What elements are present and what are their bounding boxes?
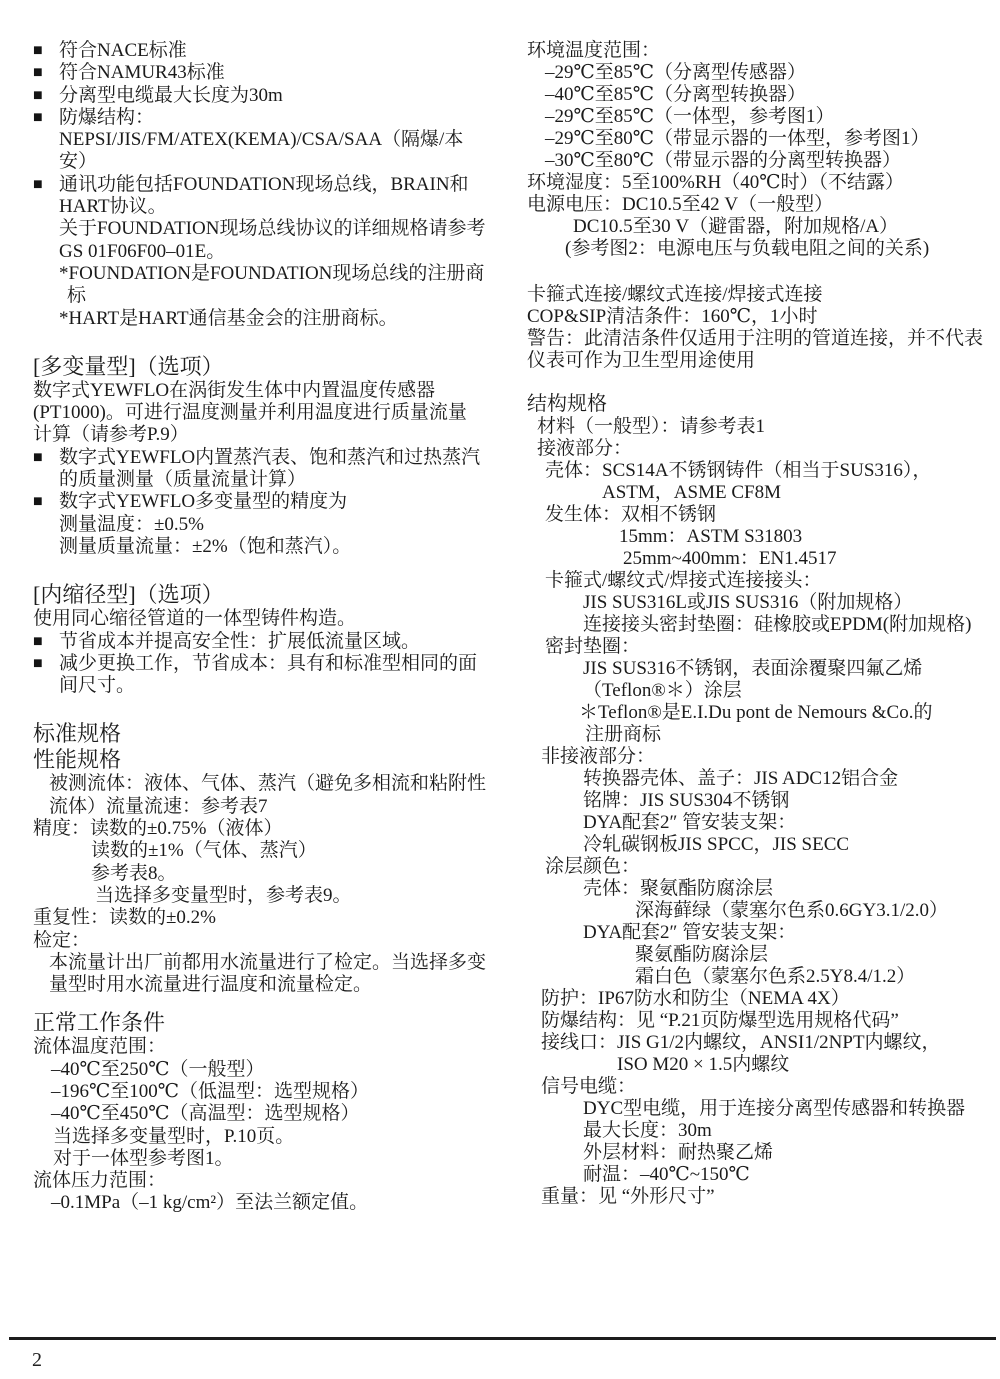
- left-column: ■符合NACE标准■符合NAMUR43标准■分离型电缆最大长度为30m■防爆结构…: [33, 40, 503, 1215]
- text-line: 流体）流量流速：参考表7: [33, 796, 503, 818]
- text-line: 量型时用水流量进行温度和流量检定。: [33, 974, 503, 996]
- text-content: 密封垫圈：: [545, 636, 640, 657]
- text-content: –196℃至100℃（低温型：选型规格）: [51, 1081, 369, 1102]
- text-content: 符合NACE标准: [59, 40, 187, 61]
- text-line: ASTM，ASME CF8M: [527, 482, 997, 504]
- text-line: 的质量测量（质量流量计算）: [33, 469, 503, 491]
- text-content: –40℃至450℃（高温型：选型规格）: [51, 1103, 360, 1124]
- text-content: 流体）流量流速：参考表7: [49, 796, 268, 817]
- text-content: 环境温度范围：: [527, 40, 660, 61]
- text-line: 安）: [33, 151, 503, 173]
- text-line: ■减少更换工作，节省成本：具有和标准型相同的面: [33, 653, 503, 675]
- text-content: ISO M20 × 1.5内螺纹: [617, 1054, 789, 1075]
- footer-rule: [9, 1337, 996, 1340]
- text-line: 发生体：双相不锈钢: [527, 504, 997, 526]
- text-line: 被测流体：液体、气体、蒸汽（避免多相流和粘附性: [33, 773, 503, 795]
- text-line: 精度：读数的±0.75%（液体）: [33, 818, 503, 840]
- text-content: 测量质量流量：±2%（饱和蒸汽）。: [59, 536, 351, 557]
- text-line: *FOUNDATION是FOUNDATION现场总线的注册商: [33, 263, 503, 285]
- text-content: (PT1000)。可进行温度测量并利用温度进行质量流量: [33, 402, 467, 423]
- section-heading: [内缩径型]（选项）: [33, 582, 503, 608]
- text-line: 重复性：读数的±0.2%: [33, 907, 503, 929]
- text-line: 25mm~400mm：EN1.4517: [527, 548, 997, 570]
- text-content: 数字式YEWFLO内置蒸汽表、饱和蒸汽和过热蒸汽: [59, 447, 480, 468]
- text-line: 电源电压：DC10.5至42 V（一般型）: [527, 194, 997, 216]
- bullet-square-icon: ■: [33, 447, 59, 469]
- text-content: 对于一体型参考图1。: [53, 1148, 234, 1169]
- text-line: 重量：见 “外形尺寸”: [527, 1186, 997, 1208]
- text-content: 仪表可作为卫生型用途使用: [527, 350, 755, 371]
- text-content: GS 01F06F00–01E。: [59, 241, 225, 262]
- text-content: *HART是HART通信基金会的注册商标。: [59, 308, 398, 329]
- text-line: 防护：IP67防水和防尘（NEMA 4X）: [527, 988, 997, 1010]
- text-content: 壳体：聚氨酯防腐涂层: [583, 878, 773, 899]
- text-content: 当选择多变量型时，参考表9。: [95, 885, 352, 906]
- text-line: 霜白色（蒙塞尔色系2.5Y8.4/1.2）: [527, 966, 997, 988]
- text-content: *FOUNDATION是FOUNDATION现场总线的注册商: [59, 263, 484, 284]
- bullet-square-icon: ■: [33, 85, 59, 107]
- text-content: COP&SIP清洁条件：160℃，1小时: [527, 306, 817, 327]
- text-content: –40℃至250℃（一般型）: [51, 1059, 265, 1080]
- text-line: 壳体：聚氨酯防腐涂层: [527, 878, 997, 900]
- text-content: 本流量计出厂前都用水流量进行了检定。当选择多变: [49, 952, 486, 973]
- text-content: 防爆结构：见 “P.21页防爆型选用规格代码”: [541, 1010, 899, 1031]
- text-line: –30℃至80℃（带显示器的分离型转换器）: [527, 150, 997, 172]
- text-line: DYC型电缆，用于连接分离型传感器和转换器: [527, 1098, 997, 1120]
- text-line: 使用同心缩径管道的一体型铸件构造。: [33, 608, 503, 630]
- section-heading: 结构规格: [527, 392, 997, 416]
- text-content: 参考表8。: [91, 863, 177, 884]
- text-line: –40℃至250℃（一般型）: [33, 1059, 503, 1081]
- text-content: 通讯功能包括FOUNDATION现场总线，BRAIN和: [59, 174, 469, 195]
- text-line: 仪表可作为卫生型用途使用: [527, 350, 997, 372]
- text-content: 非接液部分：: [541, 746, 655, 767]
- text-content: 重量：见 “外形尺寸”: [541, 1186, 715, 1207]
- text-content: 精度：读数的±0.75%（液体）: [33, 818, 283, 839]
- text-line: 流体压力范围：: [33, 1170, 503, 1192]
- text-content: 冷轧碳钢板JIS SPCC，JIS SECC: [583, 834, 849, 855]
- text-content: JIS SUS316不锈钢，表面涂覆聚四氟乙烯: [583, 658, 922, 679]
- text-line: COP&SIP清洁条件：160℃，1小时: [527, 306, 997, 328]
- bullet-square-icon: ■: [33, 653, 59, 675]
- bullet-square-icon: ■: [33, 491, 59, 513]
- text-content: 聚氨酯防腐涂层: [635, 944, 768, 965]
- text-line: ＊Teflon®是E.I.Du pont de Nemours &Co.的: [527, 702, 997, 724]
- text-content: 性能规格: [33, 747, 121, 772]
- text-content: 耐温：–40℃~150℃: [583, 1164, 750, 1185]
- text-content: 连接接头密封垫圈：硅橡胶或EPDM(附加规格): [583, 614, 971, 635]
- text-line: 环境湿度：5至100%RH（40℃时）（不结露）: [527, 172, 997, 194]
- text-content: 关于FOUNDATION现场总线协议的详细规格请参考: [59, 218, 485, 239]
- text-content: 铭牌：JIS SUS304不锈钢: [583, 790, 789, 811]
- text-content: –29℃至85℃（一体型，参考图1）: [545, 106, 835, 127]
- text-line: 对于一体型参考图1。: [33, 1148, 503, 1170]
- text-content: 壳体：SCS14A不锈钢铸件（相当于SUS316），: [545, 460, 931, 481]
- text-line: 注册商标: [527, 724, 997, 746]
- text-content: 流体温度范围：: [33, 1036, 166, 1057]
- section-heading: [多变量型]（选项）: [33, 354, 503, 380]
- text-line: 转换器壳体、盖子：JIS ADC12铝合金: [527, 768, 997, 790]
- text-line: 信号电缆：: [527, 1076, 997, 1098]
- text-line: (参考图2：电源电压与负载电阻之间的关系): [527, 238, 997, 260]
- section-heading: 标准规格: [33, 721, 503, 747]
- text-content: 霜白色（蒙塞尔色系2.5Y8.4/1.2）: [635, 966, 915, 987]
- text-content: ASTM，ASME CF8M: [602, 482, 781, 503]
- text-line: ■数字式YEWFLO多变量型的精度为: [33, 491, 503, 513]
- text-content: 卡箍式/螺纹式/焊接式连接接头：: [545, 570, 822, 591]
- text-content: NEPSI/JIS/FM/ATEX(KEMA)/CSA/SAA（隔爆/本: [59, 129, 463, 150]
- text-line: ■节省成本并提高安全性：扩展低流量区域。: [33, 631, 503, 653]
- text-line: GS 01F06F00–01E。: [33, 241, 503, 263]
- text-content: 使用同心缩径管道的一体型铸件构造。: [33, 608, 356, 629]
- text-content: 25mm~400mm：EN1.4517: [623, 548, 836, 569]
- text-content: 标准规格: [33, 721, 121, 746]
- text-line: 接液部分：: [527, 438, 997, 460]
- text-line: 卡箍式连接/螺纹式连接/焊接式连接: [527, 284, 997, 306]
- text-content: 深海藓绿（蒙塞尔色系0.6GY3.1/2.0）: [635, 900, 948, 921]
- section-heading: 性能规格: [33, 747, 503, 773]
- text-content: 发生体：双相不锈钢: [545, 504, 716, 525]
- text-content: 正常工作条件: [33, 1010, 165, 1035]
- text-content: 测量温度：±0.5%: [59, 514, 204, 535]
- text-content: ＊Teflon®是E.I.Du pont de Nemours &Co.的: [579, 702, 932, 723]
- text-line: 最大长度：30m: [527, 1120, 997, 1142]
- bullet-square-icon: ■: [33, 174, 59, 196]
- text-line: HART协议。: [33, 196, 503, 218]
- text-content: [内缩径型]（选项）: [33, 582, 224, 607]
- text-line: 耐温：–40℃~150℃: [527, 1164, 997, 1186]
- text-content: 安）: [59, 151, 97, 172]
- text-content: 电源电压：DC10.5至42 V（一般型）: [527, 194, 833, 215]
- text-line: 冷轧碳钢板JIS SPCC，JIS SECC: [527, 834, 997, 856]
- text-line: 当选择多变量型时，参考表9。: [33, 885, 503, 907]
- text-line: 检定：: [33, 930, 503, 952]
- text-line: 计算（请参考P.9）: [33, 424, 503, 446]
- text-line: 警告：此清洁条件仅适用于注明的管道连接，并不代表: [527, 328, 997, 350]
- text-content: [多变量型]（选项）: [33, 354, 224, 379]
- text-line: 间尺寸。: [33, 675, 503, 697]
- spacer: [33, 697, 503, 721]
- spacer: [527, 372, 997, 392]
- text-content: 的质量测量（质量流量计算）: [59, 469, 306, 490]
- text-content: 环境湿度：5至100%RH（40℃时）（不结露）: [527, 172, 904, 193]
- spacer: [33, 996, 503, 1010]
- text-line: 15mm：ASTM S31803: [527, 526, 997, 548]
- text-line: ■防爆结构：: [33, 107, 503, 129]
- text-line: （Teflon®＊）涂层: [527, 680, 997, 702]
- bullet-square-icon: ■: [33, 107, 59, 129]
- text-content: 重复性：读数的±0.2%: [33, 907, 216, 928]
- text-line: –40℃至85℃（分离型转换器）: [527, 84, 997, 106]
- text-content: 最大长度：30m: [583, 1120, 712, 1141]
- text-content: DC10.5至30 V（避雷器，附加规格/A）: [573, 216, 898, 237]
- page-number: 2: [32, 1349, 42, 1372]
- text-content: 读数的±1%（气体、蒸汽）: [91, 840, 317, 861]
- text-line: 卡箍式/螺纹式/焊接式连接接头：: [527, 570, 997, 592]
- text-content: 接液部分：: [537, 438, 632, 459]
- text-content: 标: [67, 285, 86, 306]
- text-content: 量型时用水流量进行温度和流量检定。: [49, 974, 372, 995]
- text-content: 材料（一般型）：请参考表1: [537, 416, 765, 437]
- text-content: –40℃至85℃（分离型转换器）: [545, 84, 806, 105]
- text-line: 连接接头密封垫圈：硅橡胶或EPDM(附加规格): [527, 614, 997, 636]
- text-content: –30℃至80℃（带显示器的分离型转换器）: [545, 150, 901, 171]
- text-line: 铭牌：JIS SUS304不锈钢: [527, 790, 997, 812]
- text-line: –29℃至85℃（一体型，参考图1）: [527, 106, 997, 128]
- text-content: 转换器壳体、盖子：JIS ADC12铝合金: [583, 768, 898, 789]
- text-content: JIS SUS316L或JIS SUS316（附加规格）: [583, 592, 912, 613]
- text-content: 15mm：ASTM S31803: [619, 526, 802, 547]
- text-content: （Teflon®＊）涂层: [583, 680, 742, 701]
- text-line: 材料（一般型）：请参考表1: [527, 416, 997, 438]
- text-line: DC10.5至30 V（避雷器，附加规格/A）: [527, 216, 997, 238]
- text-line: 深海藓绿（蒙塞尔色系0.6GY3.1/2.0）: [527, 900, 997, 922]
- text-line: JIS SUS316不锈钢，表面涂覆聚四氟乙烯: [527, 658, 997, 680]
- text-line: 参考表8。: [33, 863, 503, 885]
- datasheet-page: ■符合NACE标准■符合NAMUR43标准■分离型电缆最大长度为30m■防爆结构…: [0, 0, 1000, 1379]
- text-line: 标: [33, 285, 503, 307]
- text-content: 注册商标: [585, 724, 661, 745]
- text-content: 接线口：JIS G1/2内螺纹，ANSI1/2NPT内螺纹，: [541, 1032, 941, 1053]
- bullet-square-icon: ■: [33, 62, 59, 84]
- text-line: 读数的±1%（气体、蒸汽）: [33, 840, 503, 862]
- text-content: –0.1MPa（–1 kg/cm²）至法兰额定值。: [51, 1192, 368, 1213]
- text-content: 当选择多变量型时，P.10页。: [53, 1126, 294, 1147]
- text-content: 减少更换工作，节省成本：具有和标准型相同的面: [59, 653, 477, 674]
- text-content: 卡箍式连接/螺纹式连接/焊接式连接: [527, 284, 823, 305]
- text-content: 检定：: [33, 930, 90, 951]
- text-line: JIS SUS316L或JIS SUS316（附加规格）: [527, 592, 997, 614]
- text-line: 非接液部分：: [527, 746, 997, 768]
- text-line: 测量质量流量：±2%（饱和蒸汽）。: [33, 536, 503, 558]
- text-line: 防爆结构：见 “P.21页防爆型选用规格代码”: [527, 1010, 997, 1032]
- spacer: [33, 558, 503, 582]
- text-line: 接线口：JIS G1/2内螺纹，ANSI1/2NPT内螺纹，: [527, 1032, 997, 1054]
- text-content: 计算（请参考P.9）: [33, 424, 189, 445]
- text-line: 当选择多变量型时，P.10页。: [33, 1126, 503, 1148]
- text-line: –0.1MPa（–1 kg/cm²）至法兰额定值。: [33, 1192, 503, 1214]
- text-line: 本流量计出厂前都用水流量进行了检定。当选择多变: [33, 952, 503, 974]
- text-content: DYC型电缆，用于连接分离型传感器和转换器: [583, 1098, 965, 1119]
- text-content: –29℃至80℃（带显示器的一体型，参考图1）: [545, 128, 930, 149]
- text-content: 结构规格: [527, 393, 607, 415]
- bullet-square-icon: ■: [33, 40, 59, 62]
- text-line: 外层材料：耐热聚乙烯: [527, 1142, 997, 1164]
- text-line: 壳体：SCS14A不锈钢铸件（相当于SUS316），: [527, 460, 997, 482]
- text-line: 环境温度范围：: [527, 40, 997, 62]
- text-content: 数字式YEWFLO多变量型的精度为: [59, 491, 347, 512]
- text-content: HART协议。: [59, 196, 167, 217]
- text-content: 信号电缆：: [541, 1076, 636, 1097]
- section-heading: 正常工作条件: [33, 1010, 503, 1036]
- text-content: DYA配套2″ 管安装支架：: [583, 922, 796, 943]
- text-line: ■符合NACE标准: [33, 40, 503, 62]
- text-content: 节省成本并提高安全性：扩展低流量区域。: [59, 631, 420, 652]
- text-content: 间尺寸。: [59, 675, 135, 696]
- text-content: 数字式YEWFLO在涡街发生体中内置温度传感器: [33, 380, 435, 401]
- text-content: DYA配套2″ 管安装支架：: [583, 812, 796, 833]
- text-line: NEPSI/JIS/FM/ATEX(KEMA)/CSA/SAA（隔爆/本: [33, 129, 503, 151]
- text-line: (PT1000)。可进行温度测量并利用温度进行质量流量: [33, 402, 503, 424]
- text-line: –196℃至100℃（低温型：选型规格）: [33, 1081, 503, 1103]
- text-line: –40℃至450℃（高温型：选型规格）: [33, 1103, 503, 1125]
- text-line: 涂层颜色：: [527, 856, 997, 878]
- text-line: ■符合NAMUR43标准: [33, 62, 503, 84]
- text-line: 密封垫圈：: [527, 636, 997, 658]
- text-content: 防护：IP67防水和防尘（NEMA 4X）: [541, 988, 850, 1009]
- text-content: 分离型电缆最大长度为30m: [59, 85, 283, 106]
- spacer: [33, 330, 503, 354]
- text-line: 聚氨酯防腐涂层: [527, 944, 997, 966]
- text-content: –29℃至85℃（分离型传感器）: [545, 62, 806, 83]
- text-content: 外层材料：耐热聚乙烯: [583, 1142, 773, 1163]
- text-content: 防爆结构：: [59, 107, 154, 128]
- text-content: (参考图2：电源电压与负载电阻之间的关系): [565, 238, 929, 259]
- text-content: 警告：此清洁条件仅适用于注明的管道连接，并不代表: [527, 328, 983, 349]
- text-line: DYA配套2″ 管安装支架：: [527, 812, 997, 834]
- text-line: ■分离型电缆最大长度为30m: [33, 85, 503, 107]
- text-line: ISO M20 × 1.5内螺纹: [527, 1054, 997, 1076]
- text-line: 关于FOUNDATION现场总线协议的详细规格请参考: [33, 218, 503, 240]
- text-line: ■数字式YEWFLO内置蒸汽表、饱和蒸汽和过热蒸汽: [33, 447, 503, 469]
- spacer: [527, 260, 997, 284]
- text-line: 测量温度：±0.5%: [33, 514, 503, 536]
- text-line: –29℃至80℃（带显示器的一体型，参考图1）: [527, 128, 997, 150]
- text-line: 流体温度范围：: [33, 1036, 503, 1058]
- text-line: ■通讯功能包括FOUNDATION现场总线，BRAIN和: [33, 174, 503, 196]
- right-column: 环境温度范围：–29℃至85℃（分离型传感器）–40℃至85℃（分离型转换器）–…: [527, 40, 997, 1208]
- text-line: DYA配套2″ 管安装支架：: [527, 922, 997, 944]
- text-content: 流体压力范围：: [33, 1170, 166, 1191]
- text-line: 数字式YEWFLO在涡街发生体中内置温度传感器: [33, 380, 503, 402]
- text-content: 被测流体：液体、气体、蒸汽（避免多相流和粘附性: [49, 773, 486, 794]
- text-line: –29℃至85℃（分离型传感器）: [527, 62, 997, 84]
- bullet-square-icon: ■: [33, 631, 59, 653]
- text-content: 涂层颜色：: [545, 856, 640, 877]
- text-content: 符合NAMUR43标准: [59, 62, 225, 83]
- text-line: *HART是HART通信基金会的注册商标。: [33, 308, 503, 330]
